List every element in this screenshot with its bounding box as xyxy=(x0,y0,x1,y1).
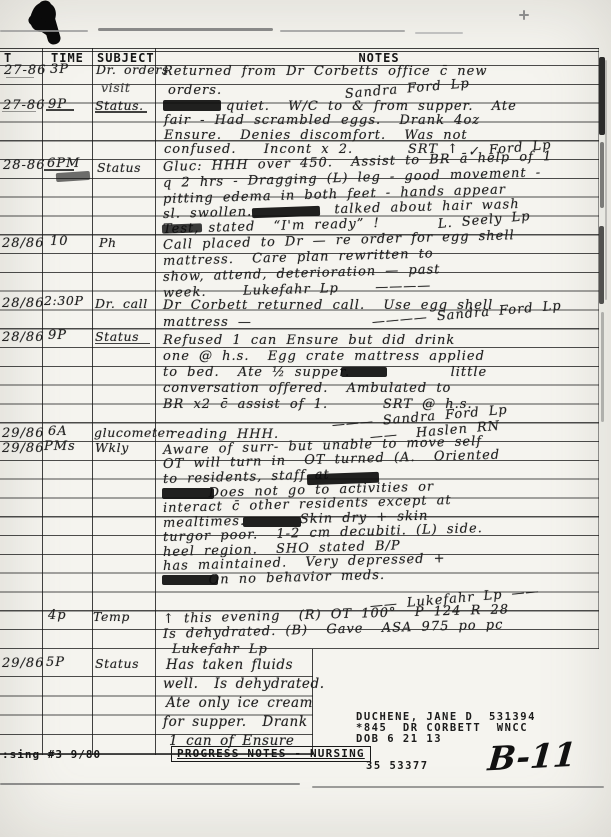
note-line: for supper. Drank xyxy=(163,716,308,730)
stamp-dob-line: DOB 6 21 13 xyxy=(356,734,442,745)
stamp-patient-line: DUCHENE, JANE D 531394 xyxy=(356,712,536,723)
ink-blackout xyxy=(341,367,387,377)
column-line xyxy=(155,48,156,755)
entry-time: PMs xyxy=(44,440,76,453)
smudge-line xyxy=(0,783,300,785)
note-line: Ensure. Denies discomfort. Was not xyxy=(164,129,468,142)
pen-underline xyxy=(44,169,74,171)
entry-subject: Dr. orders xyxy=(96,64,169,77)
scan-edge-mark xyxy=(605,60,607,300)
note-line: reading HHH. xyxy=(170,428,279,441)
entry-subject: Wkly xyxy=(95,442,129,455)
smudge-line xyxy=(280,30,405,32)
entry-subject: Status xyxy=(97,162,141,175)
form-number: :sing #3 9/80 xyxy=(2,749,101,760)
entry-date: 29/86 xyxy=(2,442,44,455)
entry-time: 9P xyxy=(48,329,67,342)
note-line: conversation offered. Ambulated to xyxy=(163,382,451,395)
entry-subject: Temp xyxy=(93,611,130,624)
scanned-page: T TIME SUBJECT NOTES 27-86 3P Dr. orders… xyxy=(0,0,611,837)
note-line: Has taken fluids xyxy=(166,659,293,673)
stamp-number-line: 35 53377 xyxy=(366,761,429,772)
entry-subject: Dr. call xyxy=(95,298,148,311)
entry-time: 2:30P xyxy=(44,295,83,308)
col-header-notes: NOTES xyxy=(160,52,598,64)
scan-edge-mark xyxy=(599,226,604,304)
ink-blackout xyxy=(162,575,218,585)
note-line: Ate only ice cream xyxy=(166,697,313,711)
table-right-border xyxy=(598,48,599,649)
entry-subject-line2: visit xyxy=(101,82,131,95)
entry-time: 6A xyxy=(48,425,68,438)
entry-date: 28/86 xyxy=(2,297,44,310)
smudge-line xyxy=(0,30,88,32)
entry-subject: Status xyxy=(95,658,139,671)
note-line: to bed. Ate ½ supper. little xyxy=(163,366,487,379)
ink-blackout xyxy=(162,223,202,233)
pen-underline xyxy=(95,111,147,113)
note-line: fair - Had scrambled eggs. Drank 4oz xyxy=(164,114,480,127)
entry-date: 29/86 xyxy=(2,657,44,670)
column-line xyxy=(92,48,93,755)
page-label-b11: B-11 xyxy=(487,738,578,776)
note-line: one @ h.s. Egg crate mattress applied xyxy=(163,350,485,363)
pen-underline xyxy=(46,109,74,111)
note-line: Returned from Dr Corbetts office c̄ new xyxy=(163,65,487,78)
form-title: PROGRESS NOTES - NURSING xyxy=(171,746,371,762)
note-line: mattress — xyxy=(163,316,252,329)
entry-date: 27-86 xyxy=(4,64,46,77)
ink-blackout xyxy=(162,488,214,499)
note-line: well. Is dehydrated. xyxy=(163,678,325,692)
entry-time: 10 xyxy=(50,235,69,248)
entry-subject: Status xyxy=(95,331,139,344)
table-top-line xyxy=(0,48,599,50)
scan-edge-mark xyxy=(601,312,604,422)
ink-blackout xyxy=(163,100,221,111)
entry-date: 28/86 xyxy=(2,237,44,250)
entry-date: 29/86 xyxy=(2,427,44,440)
entry-date: 28-86 xyxy=(3,159,45,172)
smudge-line xyxy=(415,32,463,34)
pen-dash xyxy=(2,111,36,112)
entry-subject: glucometer xyxy=(94,427,172,440)
stamp-doctor-line: *845 DR CORBETT WNCC xyxy=(356,723,528,734)
entry-time: 4p xyxy=(48,609,67,622)
entry-subject: Ph xyxy=(99,237,117,250)
smudge-line xyxy=(312,786,604,788)
smudge-line xyxy=(98,28,273,31)
plus-mark xyxy=(523,10,525,20)
note-line: Refused 1 can Ensure but did drink xyxy=(163,334,455,347)
note-line: orders. xyxy=(168,84,222,97)
pen-dash xyxy=(6,77,34,78)
scan-edge-mark xyxy=(600,142,604,208)
entry-date: 28/86 xyxy=(2,331,44,344)
note-line: quiet. W/C to & from supper. Ate xyxy=(226,100,517,113)
column-line xyxy=(42,48,43,755)
entry-time: 3P xyxy=(50,63,69,76)
pen-underline xyxy=(95,343,150,344)
entry-time: 5P xyxy=(46,656,65,669)
nurse-signature: Lukefahr Lp xyxy=(172,643,268,656)
